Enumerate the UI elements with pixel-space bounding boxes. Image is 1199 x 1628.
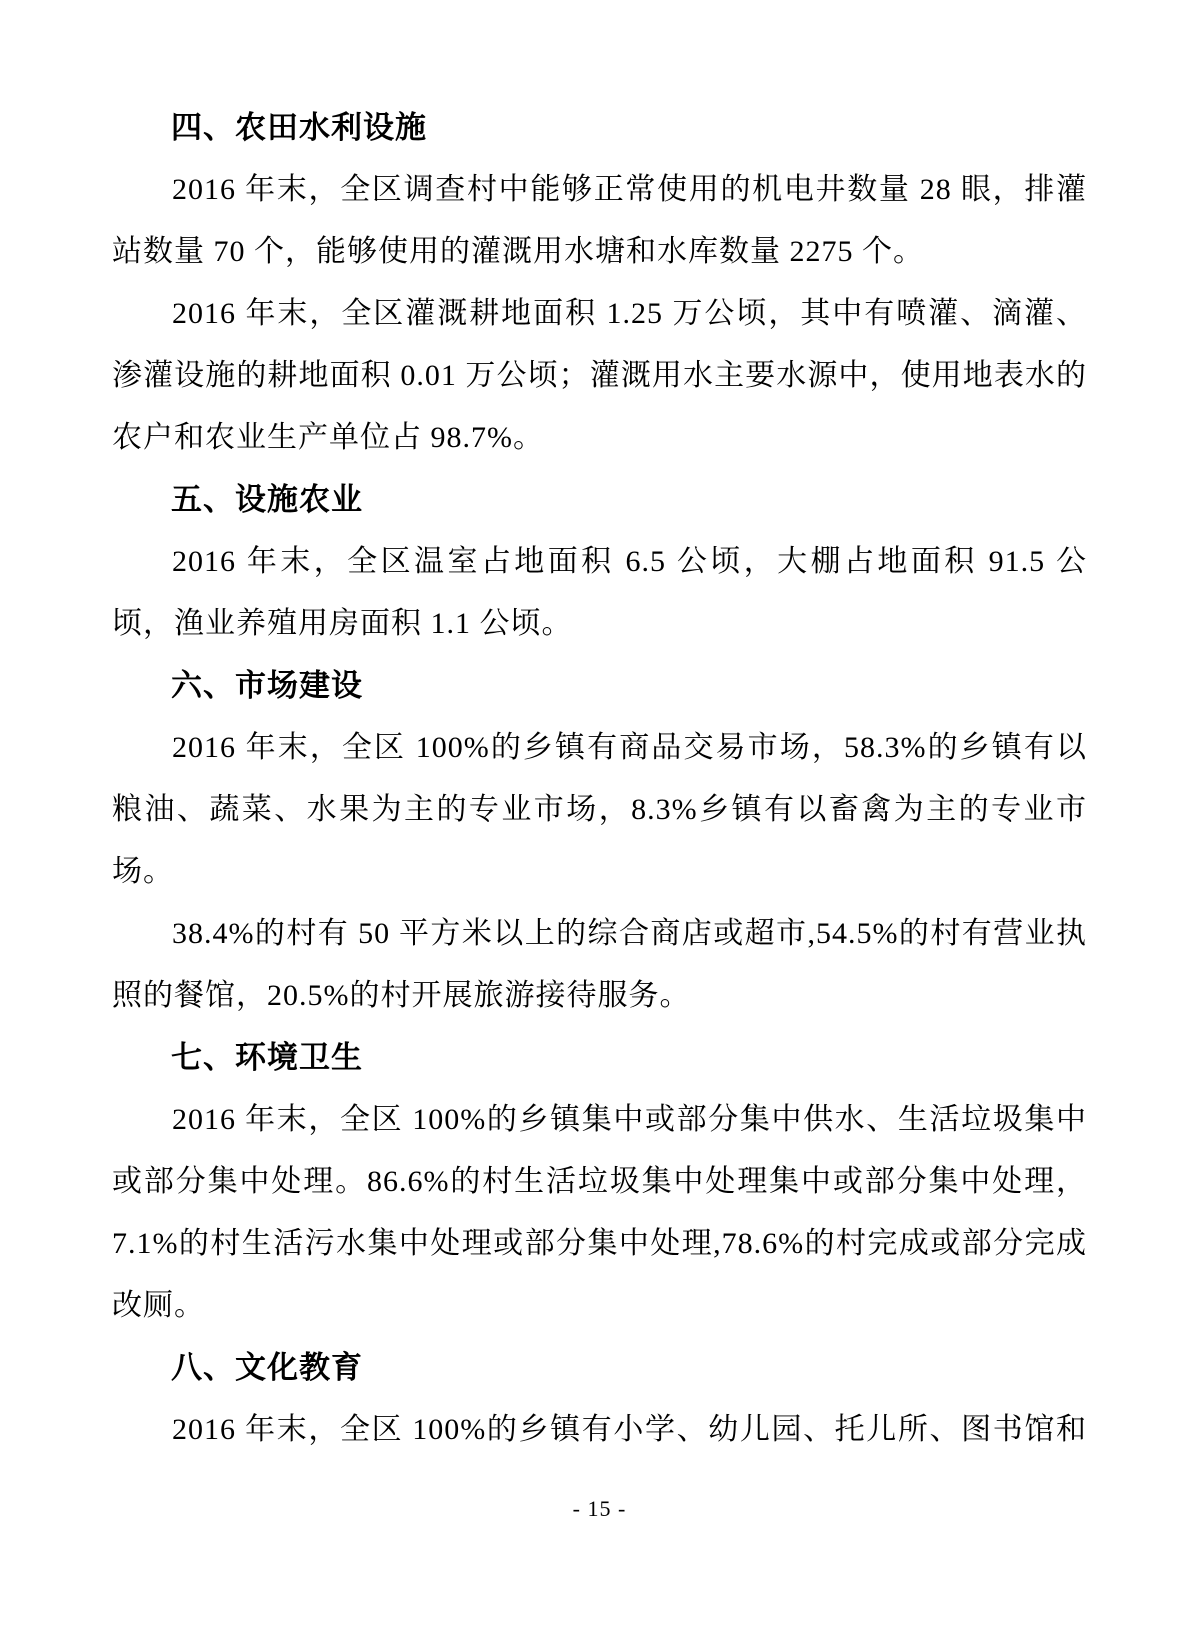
page-footer: - 15 - xyxy=(0,1496,1199,1522)
section-heading-culture-education: 八、文化教育 xyxy=(112,1337,1087,1399)
paragraph: 2016 年末，全区调查村中能够正常使用的机电井数量 28 眼，排灌站数量 70… xyxy=(112,159,1087,283)
document-page: 四、农田水利设施 2016 年末，全区调查村中能够正常使用的机电井数量 28 眼… xyxy=(0,0,1199,1628)
section-heading-irrigation-facilities: 四、农田水利设施 xyxy=(112,97,1087,159)
paragraph: 2016 年末，全区灌溉耕地面积 1.25 万公顷，其中有喷灌、滴灌、渗灌设施的… xyxy=(112,283,1087,469)
page-number: - 15 - xyxy=(573,1496,627,1521)
section-heading-market-construction: 六、市场建设 xyxy=(112,655,1087,717)
paragraph: 38.4%的村有 50 平方米以上的综合商店或超市,54.5%的村有营业执照的餐… xyxy=(112,903,1087,1027)
paragraph-continued-next-page: 2016 年末，全区 100%的乡镇有小学、幼儿园、托儿所、图书馆和 xyxy=(112,1399,1087,1461)
paragraph: 2016 年末，全区温室占地面积 6.5 公顷，大棚占地面积 91.5 公顷，渔… xyxy=(112,531,1087,655)
paragraph: 2016 年末，全区 100%的乡镇有商品交易市场，58.3%的乡镇有以粮油、蔬… xyxy=(112,717,1087,903)
section-heading-facility-agriculture: 五、设施农业 xyxy=(112,469,1087,531)
page-content: 四、农田水利设施 2016 年末，全区调查村中能够正常使用的机电井数量 28 眼… xyxy=(112,97,1087,1461)
paragraph: 2016 年末，全区 100%的乡镇集中或部分集中供水、生活垃圾集中或部分集中处… xyxy=(112,1089,1087,1337)
section-heading-environmental-sanitation: 七、环境卫生 xyxy=(112,1027,1087,1089)
